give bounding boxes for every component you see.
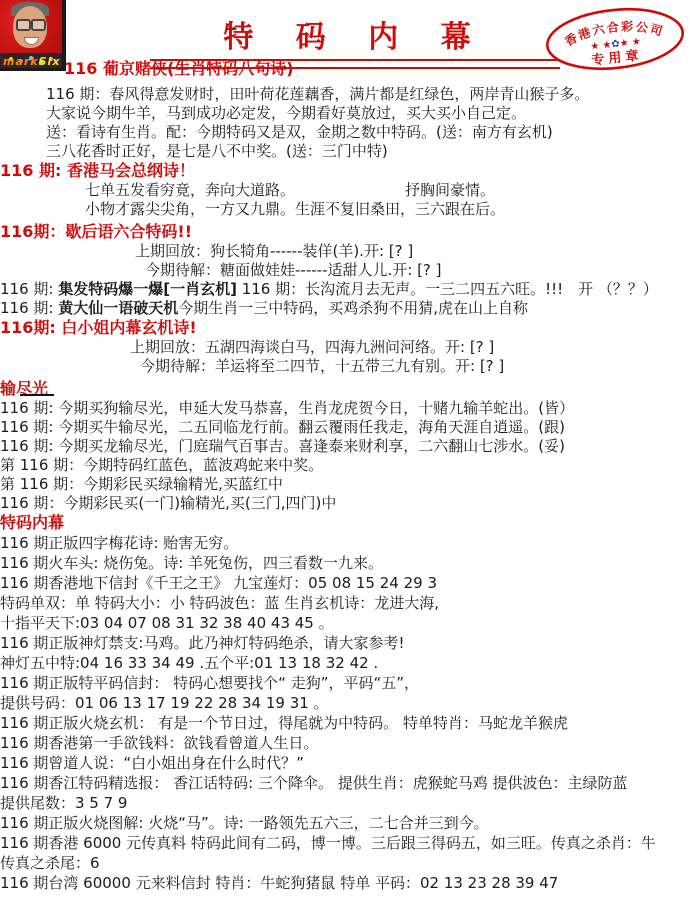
stamp-seal-icon: 香港六合彩公司 ★ ★✿★ ★ 专用章 — [539, 0, 690, 79]
tip-text: 116 期：长沟流月去无声。一三二四五六旺。!!! 开 （？？） — [237, 280, 658, 298]
section3-heading: 116期：歇后语六合特码!! — [0, 222, 690, 242]
glasses-icon — [16, 19, 31, 31]
riddle-line: 上期回放：五湖四海谈白马，四海九洲问河络。开: [? ] — [0, 338, 690, 357]
section1-heading: 116 葡京赌侠(生肖特码八句诗) — [64, 56, 294, 79]
tip-line: 116 期: 今期买狗输尽光，申延大发马恭喜，生肖龙虎贺今日，十赌九输羊蛇出。(… — [0, 399, 690, 418]
tip-line: 提供尾数：3 5 7 9 — [0, 793, 690, 813]
tip-line: 传真之杀尾：6 — [0, 853, 690, 873]
tip-line: 116 期香港 6000 元传真料 特码此间有二码，博一博。三后跟三得码五，如三… — [0, 833, 690, 853]
tip-line: 116 期香港第一手欲钱料：欲钱看曾道人生日。 — [0, 733, 690, 753]
tip-line: 提供号码：01 06 13 17 19 22 28 34 19 31 。 — [0, 693, 690, 713]
page-content: 116 期：春风得意发财时，田叶荷花莲藕香，满片都是红绿色，两岸青山猴子多。 大… — [0, 85, 690, 893]
riddle-line: 上期回放：狗长犄角------装佯(羊).开: [? ] — [0, 242, 690, 261]
poem-line: 七单五发看穷竟，奔向大道路。抒胸间豪情。 — [0, 181, 690, 200]
tip-line: 116 期香港地下信封《千王之王》 九宝莲灯：05 08 15 24 29 3 — [0, 573, 690, 593]
tip-line: 116 期: 黄大仙一语破天机今期生肖一三中特码，买鸡杀狗不用猜,虎在山上自称 — [0, 299, 690, 318]
issue-label: 116 期: — [0, 299, 58, 317]
glasses-icon — [31, 19, 46, 31]
tip-line: 116 期正版火烧图解: 火烧“马”。诗: 一路领先五六三，二七合并三到今。 — [0, 813, 690, 833]
tip-line: 116 期正版特平码信封： 特码心想要找个“ 走狗”，平码“五”， — [0, 673, 690, 693]
tip-line: 特码单双：单 特码大小：小 特码波色：蓝 生肖玄机诗：龙进大海, — [0, 593, 690, 613]
tip-line: 116 期正版四字梅花诗: 贻害无穷。 — [0, 533, 690, 553]
tip-line: 116 期火车头: 烧伤兔。诗: 羊死兔伤，四三看数一九来。 — [0, 553, 690, 573]
photo-caption-mark: mark — [3, 55, 39, 68]
section5-heading: 116期: 白小姐内幕玄机诗! — [0, 318, 690, 338]
tip-line: 116 期台湾 60000 元来料信封 特肖：牛蛇狗猪鼠 特单 平码：02 13… — [0, 873, 690, 893]
tip-text: 今期生肖一三中特码，买鸡杀狗不用猜,虎在山上自称 — [178, 299, 528, 317]
poem-line: 大家说今期牛羊，马到成功必定发，今期看好莫放过，买大买小自己定。 — [0, 104, 690, 123]
section6-heading: 输尽光 — [0, 379, 690, 399]
tip-line: 116 期：今期彩民买(一门)输精光,买(三门,四门)中 — [0, 494, 690, 513]
tip-source: 黄大仙一语破天机 — [58, 299, 178, 317]
poem-line: 三八花香时正好，是七是八不中奖。(送：三门中特) — [0, 142, 690, 161]
poem-line: 小物才露尖尖角，一方又九鼎。生涯不复旧桑田，三六跟在后。 — [0, 200, 690, 219]
tip-line: 116 期香江特码精选报： 香江话特码: 三个降伞。 提供生肖：虎猴蛇马鸡 提供… — [0, 773, 690, 793]
tip-line: 神灯五中特:04 16 33 34 49 .五个平:01 13 18 32 42… — [0, 653, 690, 673]
tip-source: 集发特码爆一爆[一肖玄机] — [58, 280, 237, 298]
riddle-line: 今期待解：糖面做娃娃------适甜人儿.开: [? ] — [0, 261, 690, 280]
section7: 特码内幕 116 期正版四字梅花诗: 贻害无穷。 116 期火车头: 烧伤兔。诗… — [0, 513, 690, 893]
tip-line: 116 期正版火烧玄机： 有是一个节日过，得尾就为中特码。 特单特肖：马蛇龙羊猴… — [0, 713, 690, 733]
tip-line: 116 期曾道人说：“白小姐出身在什么时代？” — [0, 753, 690, 773]
tip-line: 116 期正版神灯禁支:马鸡。此乃神灯特码绝杀，请大家参考! — [0, 633, 690, 653]
page-title: 特 码 内 幕 — [150, 12, 560, 56]
riddle-line: 今期待解：羊运将至二四节，十五带三九有别。开: [? ] — [0, 357, 690, 376]
tip-line: 116 期: 集发特码爆一爆[一肖玄机] 116 期：长沟流月去无声。一三二四五… — [0, 280, 690, 299]
poem-segment: 抒胸间豪情。 — [405, 181, 495, 199]
section7-heading: 特码内幕 — [0, 513, 690, 533]
tip-line: 第 116 期：今期特码红蓝色，蓝波鸡蛇来中奖。 — [0, 456, 690, 475]
tipster-photo: markSix — [0, 0, 66, 71]
tip-line: 十指平天下:03 04 07 08 31 32 38 40 43 45 。 — [0, 613, 690, 633]
tip-line: 第 116 期：今期彩民买绿输精光,买蓝红中 — [0, 475, 690, 494]
tip-line: 116 期: 今期买牛输尽光，二五同临龙行前。翻云覆雨任我走，海角天涯自逍遥。(… — [0, 418, 690, 437]
poem-segment: 七单五发看穷竟，奔向大道路。 — [85, 181, 295, 199]
tip-line: 116 期: 今期买龙输尽光，门庭瑞气百事吉。喜逢泰来财利享，二六翻山七涉水。(… — [0, 437, 690, 456]
section2-heading: 116 期: 香港马会总纲诗！ — [0, 161, 690, 181]
photo-caption-six: Six — [39, 55, 61, 68]
poem-line: 116 期：春风得意发财时，田叶荷花莲藕香，满片都是红绿色，两岸青山猴子多。 — [0, 85, 690, 104]
page-header: markSix 特 码 内 幕 香港六合彩公司 ★ ★✿★ ★ 专用章 116 … — [0, 0, 690, 85]
photo-caption: markSix — [3, 55, 60, 68]
issue-label: 116 期: — [0, 280, 58, 298]
company-stamp: 香港六合彩公司 ★ ★✿★ ★ 专用章 — [539, 0, 690, 79]
poem-line: 送：看诗有生肖。配：今期特码又是双，金期之数中特码。(送：南方有玄机) — [0, 123, 690, 142]
